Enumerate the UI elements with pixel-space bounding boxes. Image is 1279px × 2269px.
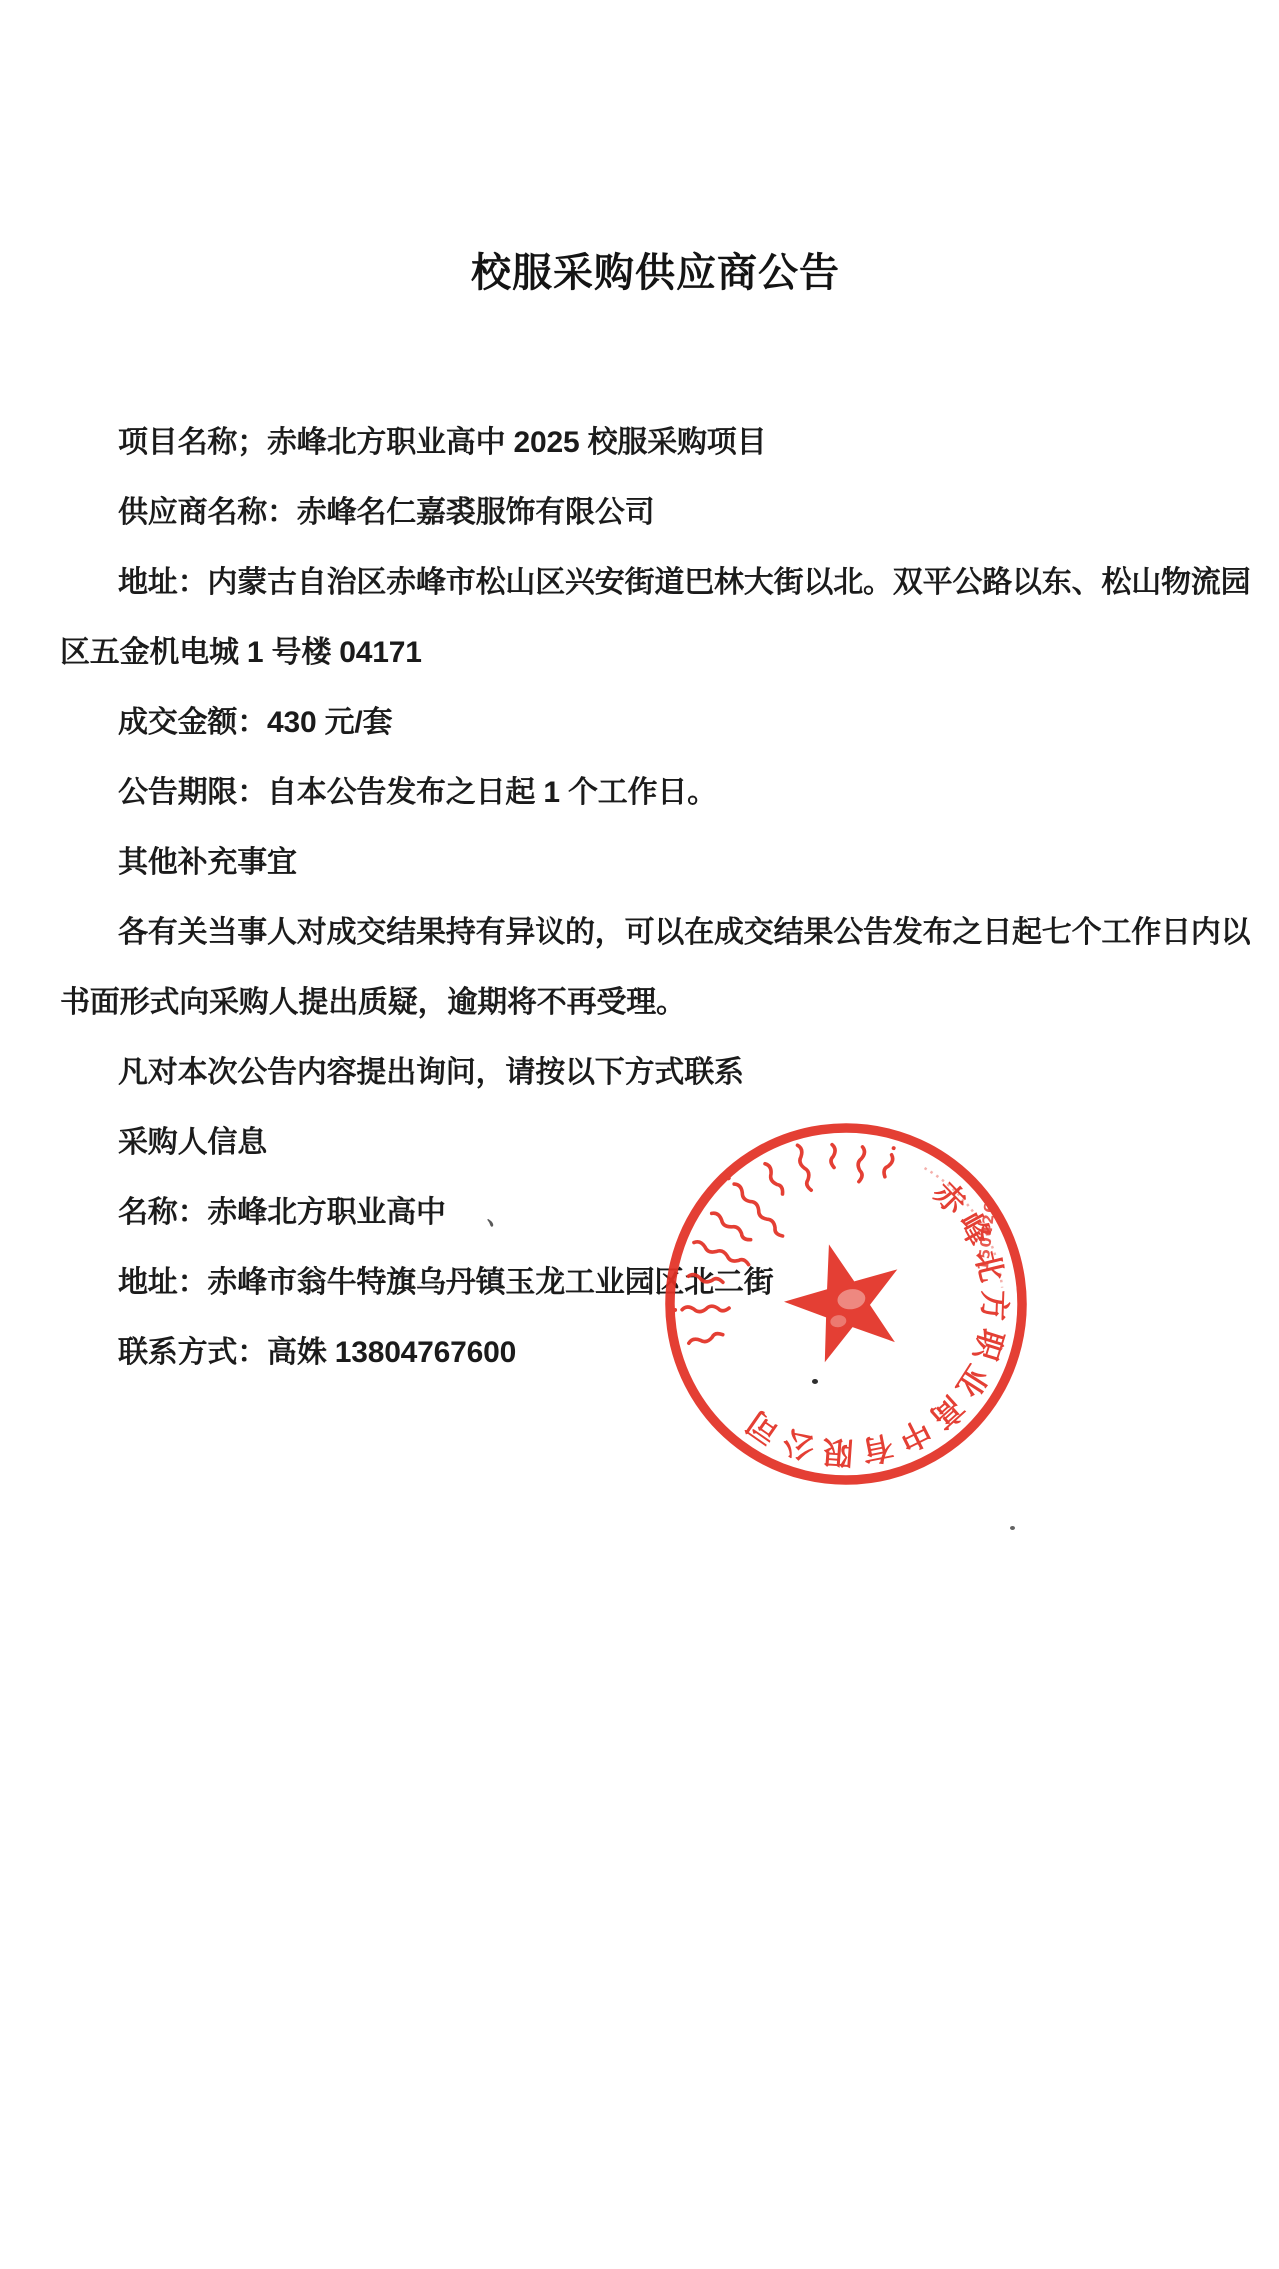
body-line: 成交金额：430 元/套 [60,688,1255,758]
body-line: 区五金机电城 1 号楼 04171 [60,618,1255,688]
body-line: 凡对本次公告内容提出询问，请按以下方式联系 [60,1038,1255,1108]
body-line: 其他补充事宜 [60,828,1255,898]
body-line: 书面形式向采购人提出质疑，逾期将不再受理。 [60,968,1255,1038]
ink-speck [812,1379,818,1384]
stamp-star-icon [777,1235,909,1366]
official-red-stamp: 赤峰北方职业高中有限公司 150426 [620,1078,1072,1530]
ink-speck [1010,1526,1015,1530]
body-line: 公告期限：自本公告发布之日起 1 个工作日。 [60,758,1255,828]
scanned-announcement-page: 校服采购供应商公告 项目名称；赤峰北方职业高中 2025 校服采购项目 供应商名… [0,0,1279,2269]
body-line: 地址：内蒙古自治区赤峰市松山区兴安街道巴林大街以北。双平公路以东、松山物流园 [60,548,1255,618]
page-title: 校服采购供应商公告 [0,250,1279,296]
body-line: 各有关当事人对成交结果持有异议的，可以在成交结果公告发布之日起七个工作日内以 [60,898,1255,968]
body-line: 供应商名称：赤峰名仁嘉裘服饰有限公司 [60,478,1255,548]
mongolian-script-arc-icon [652,1131,920,1347]
body-line: 项目名称；赤峰北方职业高中 2025 校服采购项目 [60,408,1255,478]
